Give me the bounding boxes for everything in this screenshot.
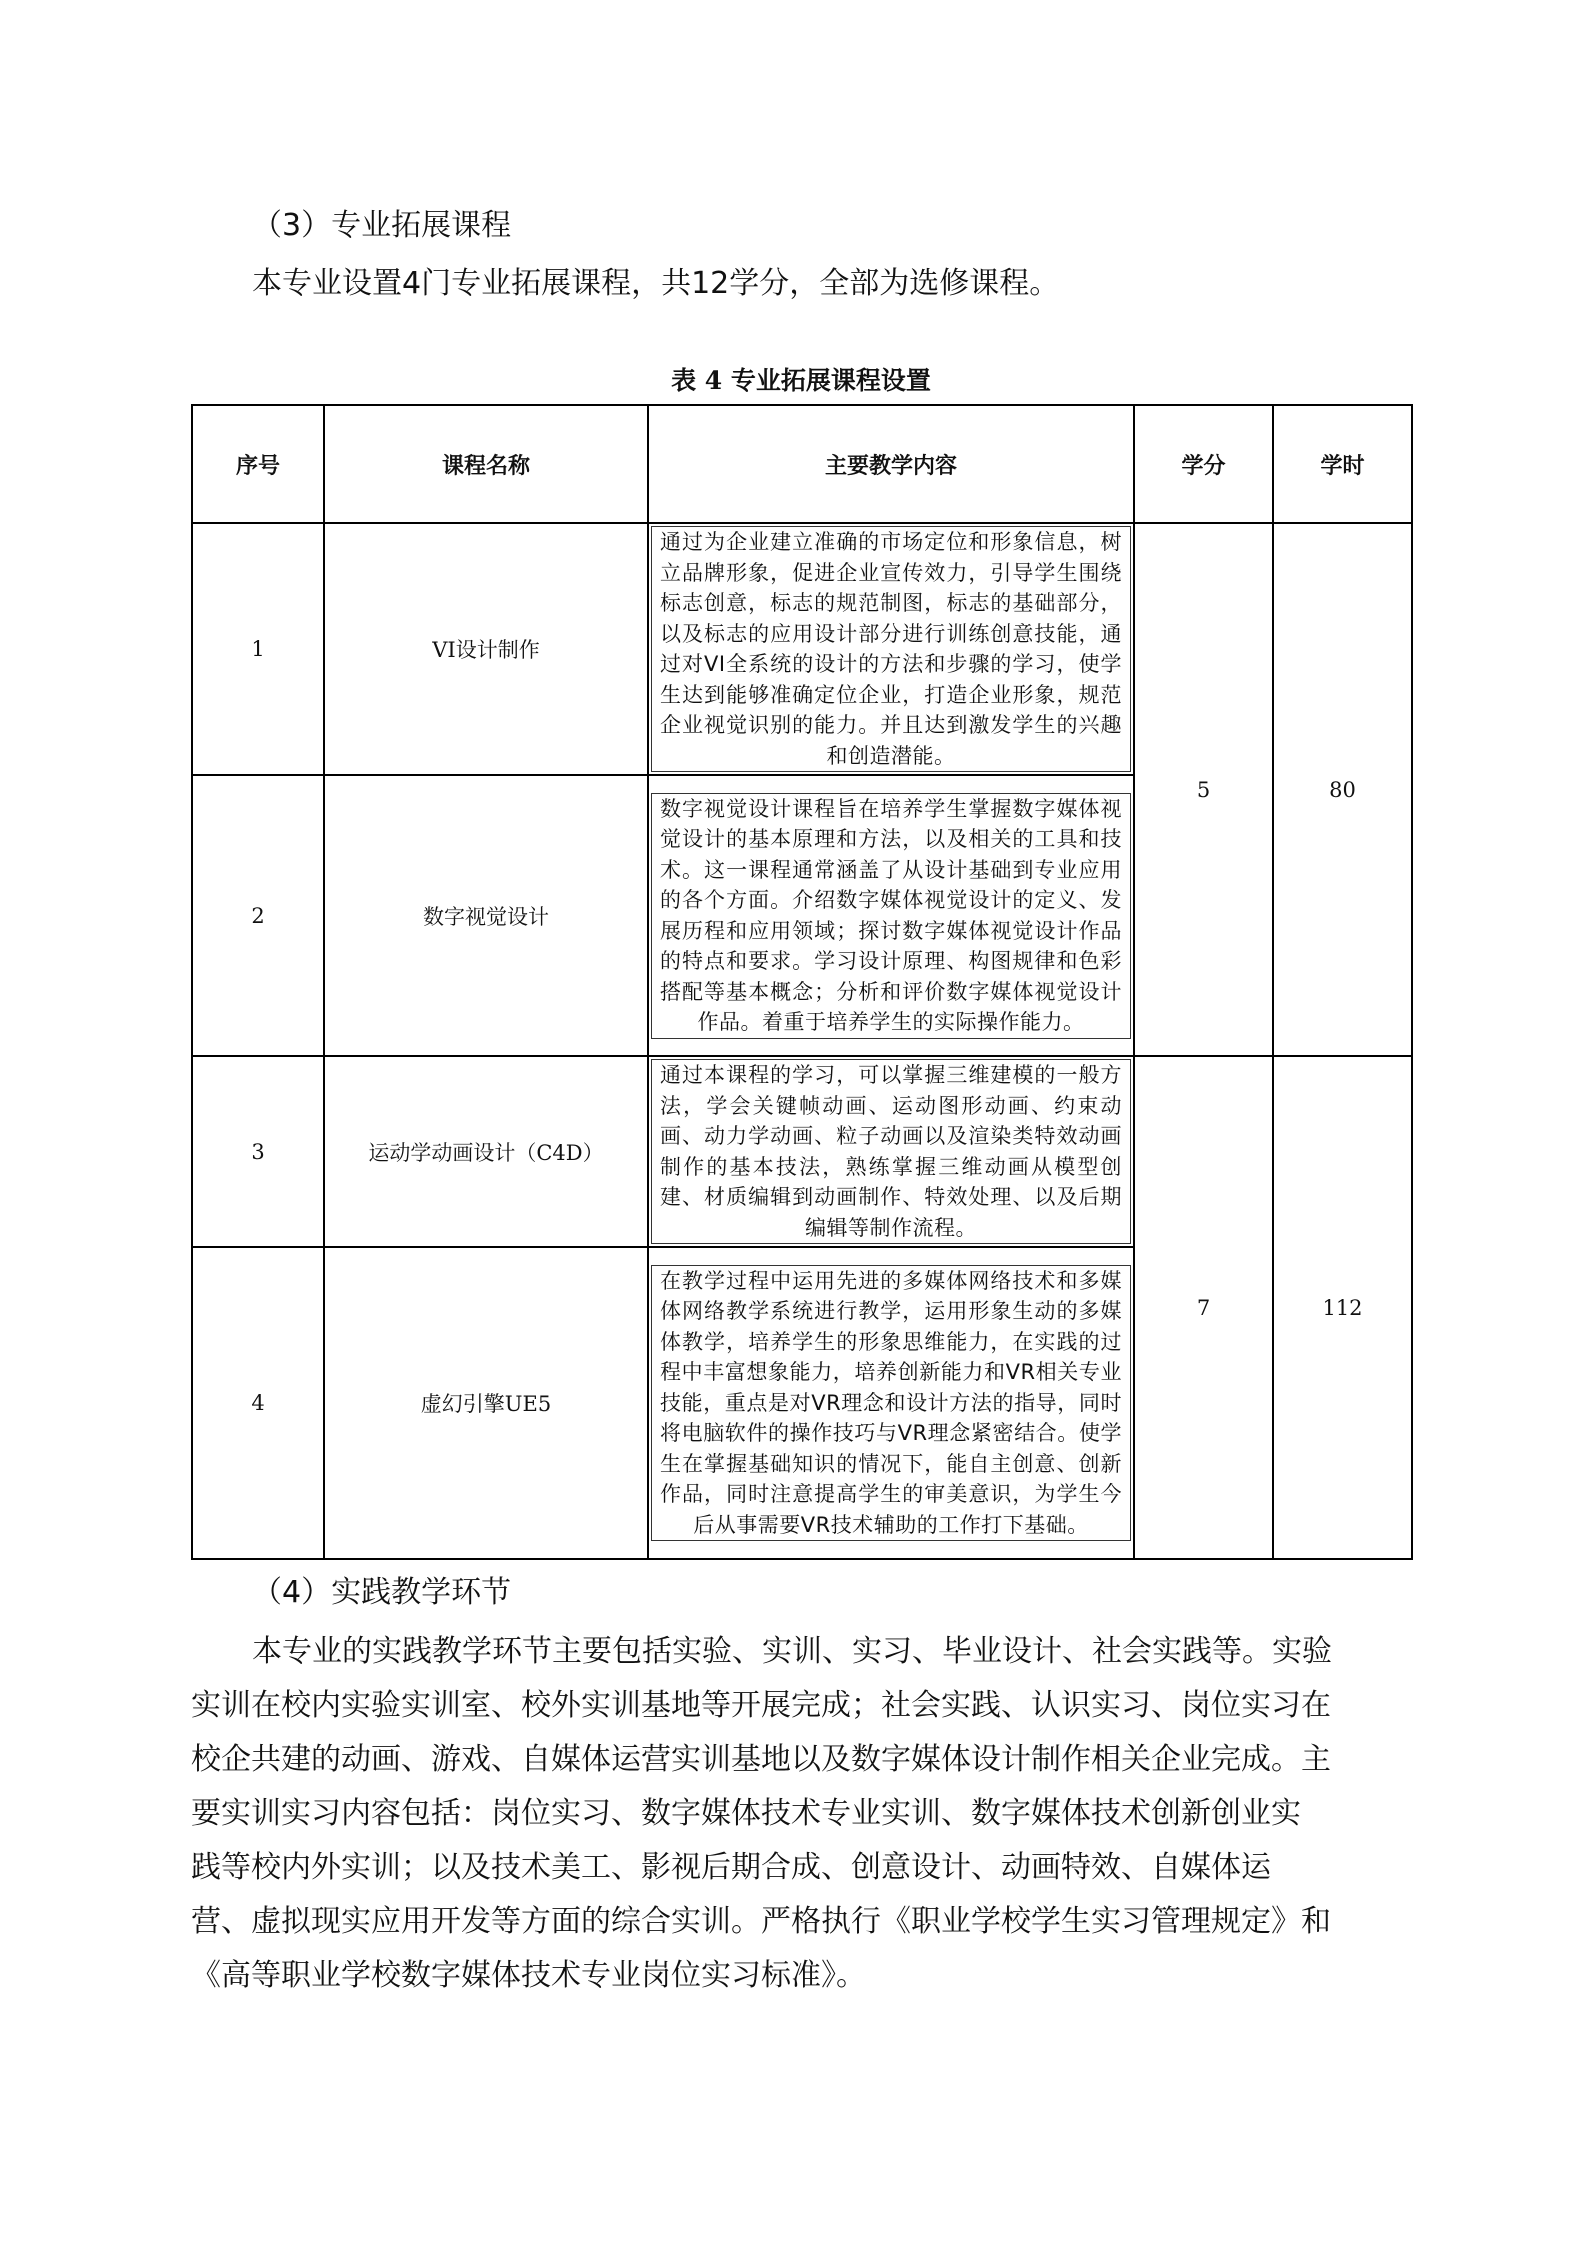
row-hours: 112 bbox=[1273, 1056, 1412, 1559]
row-content: 数字视觉设计课程旨在培养学生掌握数字媒体视觉设计的基本原理和方法，以及相关的工具… bbox=[651, 793, 1131, 1039]
row-content: 在教学过程中运用先进的多媒体网络技术和多媒体网络教学系统进行教学，运用形象生动的… bbox=[651, 1265, 1131, 1542]
extension-course-table: 序号 课程名称 主要教学内容 学分 学时 1 VI设计制作 通过为企业建立准确的… bbox=[191, 404, 1413, 1560]
row-content-cell: 通过本课程的学习，可以掌握三维建模的一般方法，学会关键帧动画、运动图形动画、约束… bbox=[648, 1056, 1134, 1247]
row-course-name: VI设计制作 bbox=[324, 523, 648, 775]
table-header-row: 序号 课程名称 主要教学内容 学分 学时 bbox=[192, 405, 1412, 523]
row-course-name: 运动学动画设计（C4D） bbox=[324, 1056, 648, 1247]
paragraph-line: 实训在校内实验实训室、校外实训基地等开展完成；社会实践、认识实习、岗位实习在 bbox=[191, 1679, 1417, 1733]
table-row: 1 VI设计制作 通过为企业建立准确的市场定位和形象信息，树立品牌形象，促进企业… bbox=[192, 523, 1412, 775]
practice-teaching-paragraph: 本专业的实践教学环节主要包括实验、实训、实习、毕业设计、社会实践等。实验 实训在… bbox=[191, 1625, 1417, 2003]
row-no: 3 bbox=[192, 1056, 324, 1247]
row-content-cell: 在教学过程中运用先进的多媒体网络技术和多媒体网络教学系统进行教学，运用形象生动的… bbox=[648, 1247, 1134, 1559]
header-no: 序号 bbox=[192, 405, 324, 523]
section-intro-paragraph: 本专业设置4门专业拓展课程，共12学分，全部为选修课程。 bbox=[252, 264, 1059, 304]
row-course-name: 虚幻引擎UE5 bbox=[324, 1247, 648, 1559]
header-hours: 学时 bbox=[1273, 405, 1412, 523]
paragraph-line: 《高等职业学校数字媒体技术专业岗位实习标准》。 bbox=[191, 1949, 1417, 2003]
table-caption: 表 4 专业拓展课程设置 bbox=[191, 364, 1411, 398]
row-content-cell: 数字视觉设计课程旨在培养学生掌握数字媒体视觉设计的基本原理和方法，以及相关的工具… bbox=[648, 775, 1134, 1056]
row-content: 通过本课程的学习，可以掌握三维建模的一般方法，学会关键帧动画、运动图形动画、约束… bbox=[651, 1059, 1131, 1244]
row-course-name: 数字视觉设计 bbox=[324, 775, 648, 1056]
row-credits: 7 bbox=[1134, 1056, 1273, 1559]
row-content: 通过为企业建立准确的市场定位和形象信息，树立品牌形象，促进企业宣传效力，引导学生… bbox=[651, 526, 1131, 772]
paragraph-line: 校企共建的动画、游戏、自媒体运营实训基地以及数字媒体设计制作相关企业完成。主 bbox=[191, 1733, 1417, 1787]
header-credits: 学分 bbox=[1134, 405, 1273, 523]
header-course-name: 课程名称 bbox=[324, 405, 648, 523]
paragraph-line: 践等校内外实训；以及技术美工、影视后期合成、创意设计、动画特效、自媒体运 bbox=[191, 1841, 1417, 1895]
paragraph-line: 营、虚拟现实应用开发等方面的综合实训。严格执行《职业学校学生实习管理规定》和 bbox=[191, 1895, 1417, 1949]
paragraph-line: 要实训实习内容包括：岗位实习、数字媒体技术专业实训、数字媒体技术创新创业实 bbox=[191, 1787, 1417, 1841]
section-heading-practice-teaching: （4）实践教学环节 bbox=[252, 1573, 511, 1613]
table-row: 3 运动学动画设计（C4D） 通过本课程的学习，可以掌握三维建模的一般方法，学会… bbox=[192, 1056, 1412, 1247]
row-hours: 80 bbox=[1273, 523, 1412, 1056]
row-no: 2 bbox=[192, 775, 324, 1056]
row-credits: 5 bbox=[1134, 523, 1273, 1056]
section-heading-extension-courses: （3）专业拓展课程 bbox=[252, 206, 511, 246]
row-no: 1 bbox=[192, 523, 324, 775]
header-content: 主要教学内容 bbox=[648, 405, 1134, 523]
row-content-cell: 通过为企业建立准确的市场定位和形象信息，树立品牌形象，促进企业宣传效力，引导学生… bbox=[648, 523, 1134, 775]
row-no: 4 bbox=[192, 1247, 324, 1559]
paragraph-line: 本专业的实践教学环节主要包括实验、实训、实习、毕业设计、社会实践等。实验 bbox=[191, 1625, 1417, 1679]
